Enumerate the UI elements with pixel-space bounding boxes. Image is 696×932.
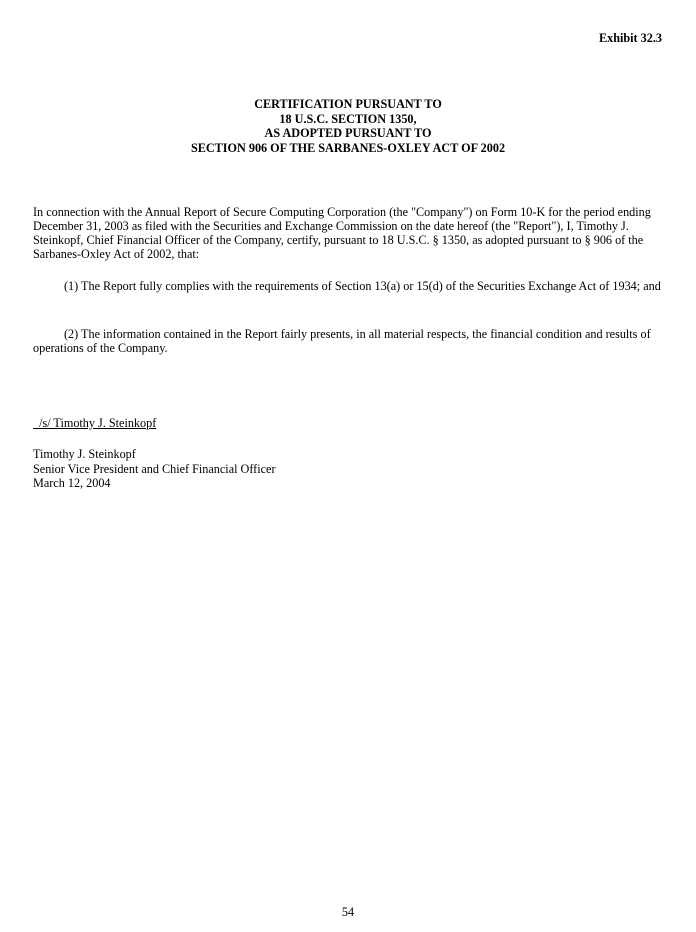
signer-position: Senior Vice President and Chief Financia… [33, 462, 276, 477]
signature-date: March 12, 2004 [33, 476, 276, 491]
document-title: CERTIFICATION PURSUANT TO 18 U.S.C. SECT… [0, 97, 696, 155]
title-line: AS ADOPTED PURSUANT TO [0, 126, 696, 141]
title-line: 18 U.S.C. SECTION 1350, [0, 112, 696, 127]
certification-item-1-text: (1) The Report fully complies with the r… [64, 279, 661, 293]
signature-line: /s/ Timothy J. Steinkopf [33, 416, 156, 430]
certification-item-2-text: (2) The information contained in the Rep… [33, 327, 651, 355]
certification-item-2: (2) The information contained in the Rep… [33, 327, 663, 355]
exhibit-label: Exhibit 32.3 [599, 31, 662, 45]
signer-name: Timothy J. Steinkopf [33, 447, 276, 462]
title-line: CERTIFICATION PURSUANT TO [0, 97, 696, 112]
certification-item-1: (1) The Report fully complies with the r… [33, 279, 663, 293]
title-line: SECTION 906 OF THE SARBANES-OXLEY ACT OF… [0, 141, 696, 156]
signer-block: Timothy J. Steinkopf Senior Vice Preside… [33, 447, 276, 491]
intro-paragraph: In connection with the Annual Report of … [33, 205, 663, 261]
page-number: 54 [0, 905, 696, 919]
